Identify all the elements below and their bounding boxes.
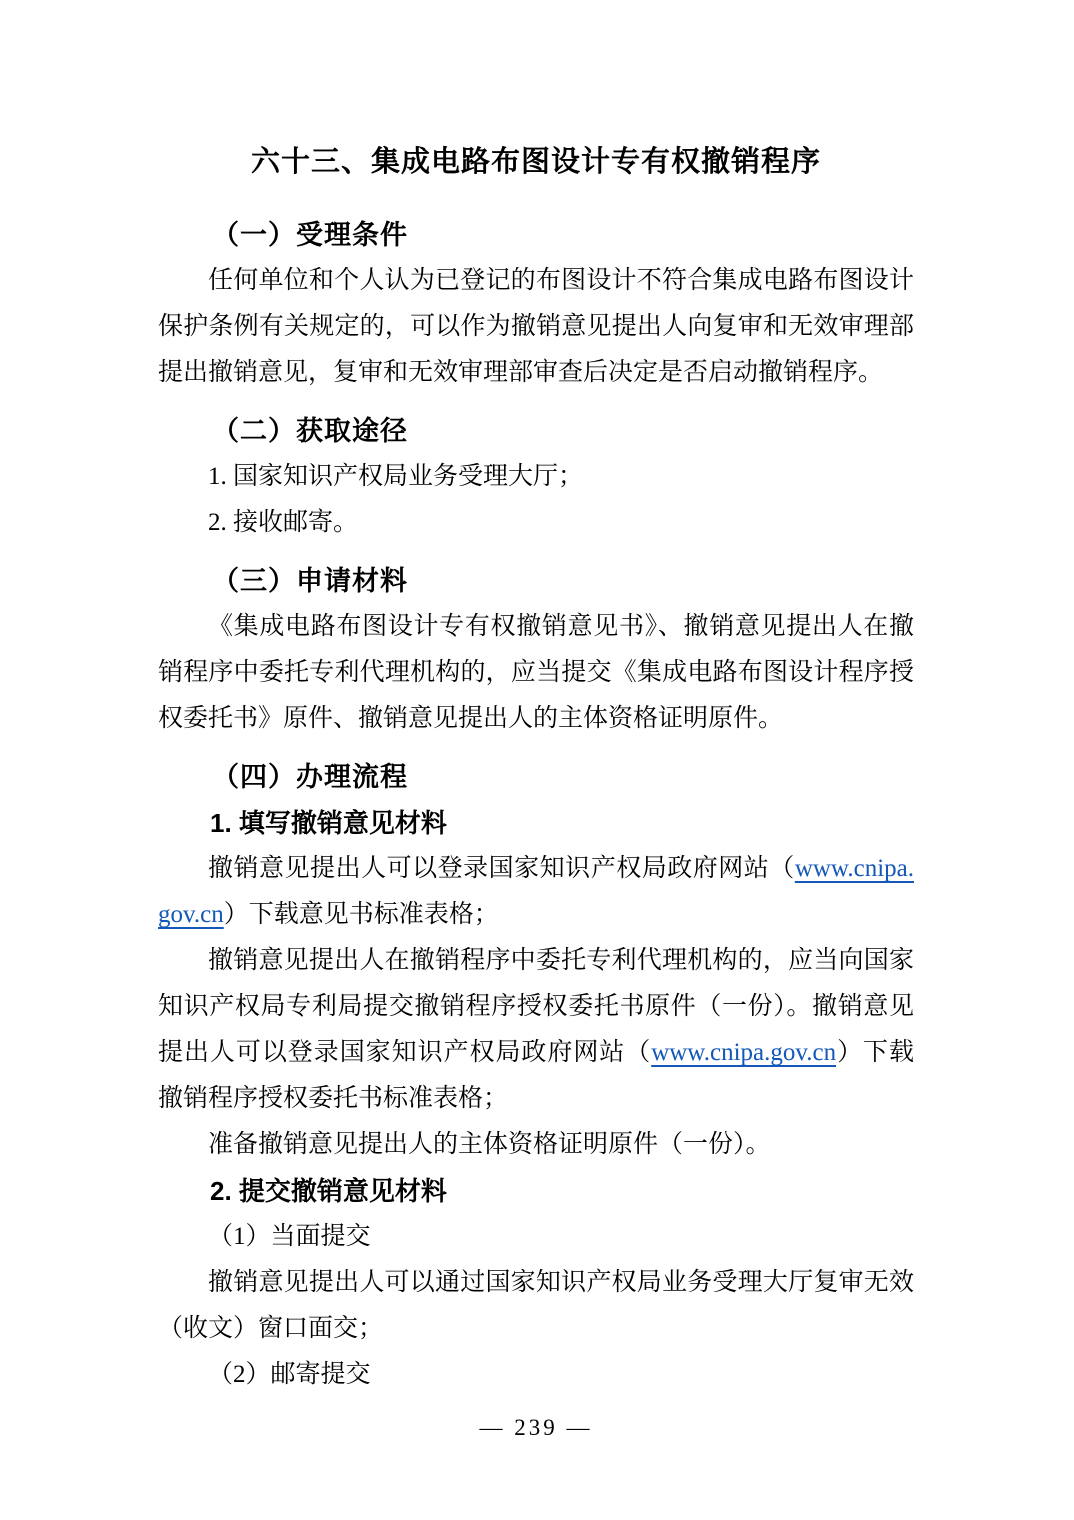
page-number: — 239 — [158,1408,914,1448]
paragraph-application-materials: 《集成电路布图设计专有权撤销意见书》、撤销意见提出人在撤销程序中委托专利代理机构… [158,604,914,742]
text-segment: 撤销意见提出人可以登录国家知识产权局政府网站（ [208,855,795,882]
paragraph-download-opinion-form: 撤销意见提出人可以登录国家知识产权局政府网站（www.cnipa.gov.cn）… [158,846,914,938]
section-application-materials: （三）申请材料 《集成电路布图设计专有权撤销意见书》、撤销意见提出人在撤销程序中… [158,558,914,742]
section-handling-process: （四）办理流程 1. 填写撤销意见材料 撤销意见提出人可以登录国家知识产权局政府… [158,754,914,1398]
section-heading-handling-process: （四）办理流程 [158,754,914,800]
text-segment: ）下载意见书标准表格； [224,901,499,928]
paragraph-in-person-submit: 撤销意见提出人可以通过国家知识产权局业务受理大厅复审无效（收文）窗口面交； [158,1260,914,1352]
channel-item-hall: 1. 国家知识产权局业务受理大厅； [158,454,914,500]
section-heading-application-materials: （三）申请材料 [158,558,914,604]
document-page: 六十三、集成电路布图设计专有权撤销程序 （一）受理条件 任何单位和个人认为已登记… [0,0,1074,1520]
section-obtain-channels: （二）获取途径 1. 国家知识产权局业务受理大厅； 2. 接收邮寄。 [158,408,914,546]
paragraph-power-of-attorney: 撤销意见提出人在撤销程序中委托专利代理机构的，应当向国家知识产权局专利局提交撤销… [158,938,914,1122]
subitem-by-mail-label: （2）邮寄提交 [158,1352,914,1398]
step-1-label: 1. 填写撤销意见材料 [158,800,914,846]
cnipa-website-link[interactable]: www.cnipa.gov.cn [651,1039,836,1066]
section-heading-obtain-channels: （二）获取途径 [158,408,914,454]
paragraph-prepare-qualification: 准备撤销意见提出人的主体资格证明原件（一份）。 [158,1122,914,1168]
section-acceptance-conditions: （一）受理条件 任何单位和个人认为已登记的布图设计不符合集成电路布图设计保护条例… [158,212,914,396]
subitem-in-person-label: （1）当面提交 [158,1214,914,1260]
section-heading-acceptance-conditions: （一）受理条件 [158,212,914,258]
page-title: 六十三、集成电路布图设计专有权撤销程序 [158,140,914,184]
channel-item-mail: 2. 接收邮寄。 [158,500,914,546]
step-2-label: 2. 提交撤销意见材料 [158,1168,914,1214]
paragraph-acceptance-conditions: 任何单位和个人认为已登记的布图设计不符合集成电路布图设计保护条例有关规定的，可以… [158,258,914,396]
